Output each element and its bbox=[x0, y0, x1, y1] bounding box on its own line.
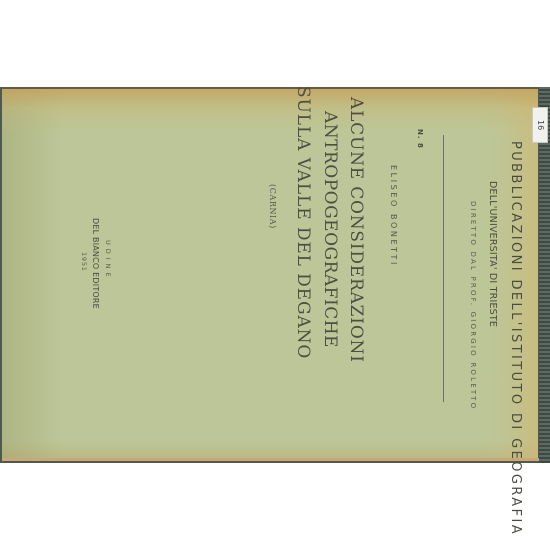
series-title: PUBBLICAZIONI DELL'ISTITUTO DI GEOGRAFIA bbox=[508, 141, 523, 536]
title-line-1: ALCUNE CONSIDERAZIONI bbox=[346, 97, 366, 363]
title-line-3: SULLA VALLE DEL DEGANO bbox=[293, 86, 313, 359]
library-tag: 16 bbox=[532, 107, 548, 143]
author-name: ELISEO BONETTI bbox=[389, 165, 398, 267]
publication-place: UDINE bbox=[104, 240, 112, 281]
booklet-photo: PUBBLICAZIONI DELL'ISTITUTO DI GEOGRAFIA… bbox=[0, 87, 550, 463]
binding-spine bbox=[539, 87, 550, 463]
series-director: DIRETTO DAL PROF. GIORGIO ROLETTO bbox=[469, 201, 477, 410]
page-edge bbox=[2, 458, 542, 461]
divider-rule bbox=[443, 135, 444, 402]
subtitle: (CARNIA) bbox=[268, 184, 277, 229]
publisher: DEL BIANCO EDITORE bbox=[91, 218, 100, 309]
title-line-2: ANTROPOGEOGRAFICHE bbox=[320, 111, 340, 348]
booklet-cover: PUBBLICAZIONI DELL'ISTITUTO DI GEOGRAFIA… bbox=[2, 87, 538, 461]
publication-year: 1951 bbox=[80, 252, 88, 272]
series-institution: DELL'UNIVERSITA' DI TRIESTE bbox=[487, 181, 498, 327]
volume-number: N. 8 bbox=[416, 129, 424, 149]
